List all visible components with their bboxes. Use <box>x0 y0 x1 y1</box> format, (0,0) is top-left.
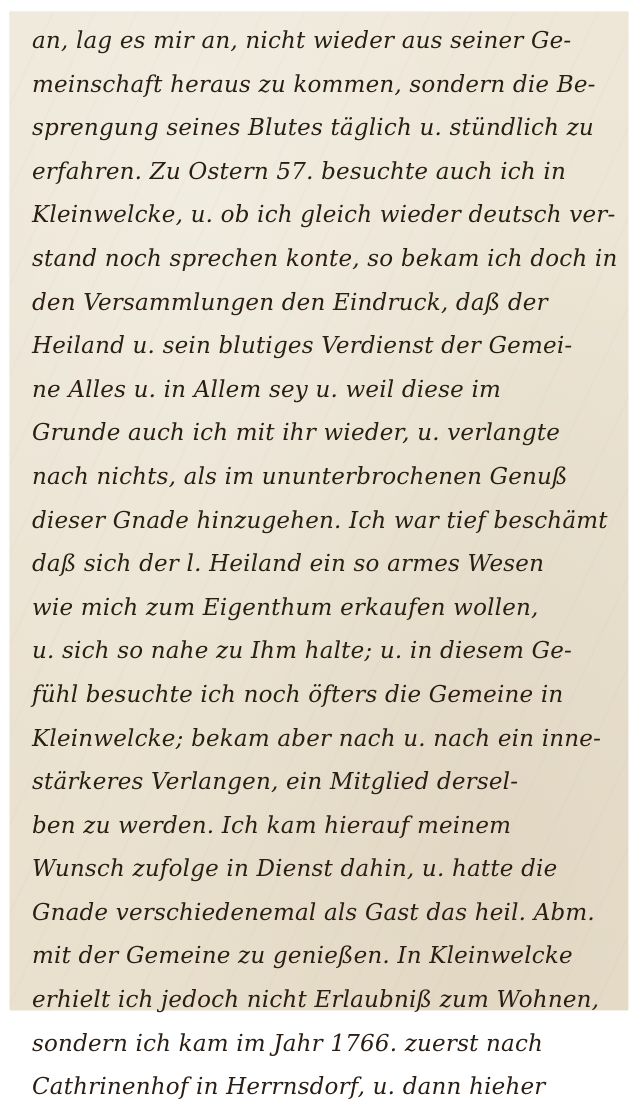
text-line-23: erhielt ich jedoch nicht Erlaubniß zum W… <box>32 979 622 1023</box>
text-line-2: meinschaft heraus zu kommen, sondern die… <box>32 64 622 108</box>
text-line-5: Kleinwelcke, u. ob ich gleich wieder deu… <box>32 194 622 238</box>
text-line-14: wie mich zum Eigenthum erkaufen wollen, <box>32 587 622 631</box>
text-line-6: stand noch sprechen konte, so bekam ich … <box>32 238 622 282</box>
text-line-17: Kleinwelcke; bekam aber nach u. nach ein… <box>32 718 622 762</box>
text-line-9: ne Alles u. in Allem sey u. weil diese i… <box>32 369 622 413</box>
text-line-3: sprengung seines Blutes täglich u. stünd… <box>32 107 622 151</box>
manuscript-text: an, lag es mir an, nicht wieder aus sein… <box>32 20 622 1024</box>
text-line-13: daß sich der l. Heiland ein so armes Wes… <box>32 543 622 587</box>
text-line-1: an, lag es mir an, nicht wieder aus sein… <box>32 20 622 64</box>
text-line-11: nach nichts, als im ununterbrochenen Gen… <box>32 456 622 500</box>
text-line-8: Heiland u. sein blutiges Verdienst der G… <box>32 325 622 369</box>
text-line-15: u. sich so nahe zu Ihm halte; u. in dies… <box>32 630 622 674</box>
text-line-10: Grunde auch ich mit ihr wieder, u. verla… <box>32 412 622 456</box>
text-line-20: Wunsch zufolge in Dienst dahin, u. hatte… <box>32 848 622 892</box>
text-line-7: den Versammlungen den Eindruck, daß der <box>32 282 622 326</box>
text-line-12: dieser Gnade hinzugehen. Ich war tief be… <box>32 500 622 544</box>
text-line-22: mit der Gemeine zu genießen. In Kleinwel… <box>32 935 622 979</box>
text-line-4: erfahren. Zu Ostern 57. besuchte auch ic… <box>32 151 622 195</box>
text-line-19: ben zu werden. Ich kam hierauf meinem <box>32 805 622 849</box>
text-line-16: fühl besuchte ich noch öfters die Gemein… <box>32 674 622 718</box>
text-line-18: stärkeres Verlangen, ein Mitglied dersel… <box>32 761 622 805</box>
manuscript-page: an, lag es mir an, nicht wieder aus sein… <box>10 12 628 1010</box>
text-line-21: Gnade verschiedenemal als Gast das heil.… <box>32 892 622 936</box>
